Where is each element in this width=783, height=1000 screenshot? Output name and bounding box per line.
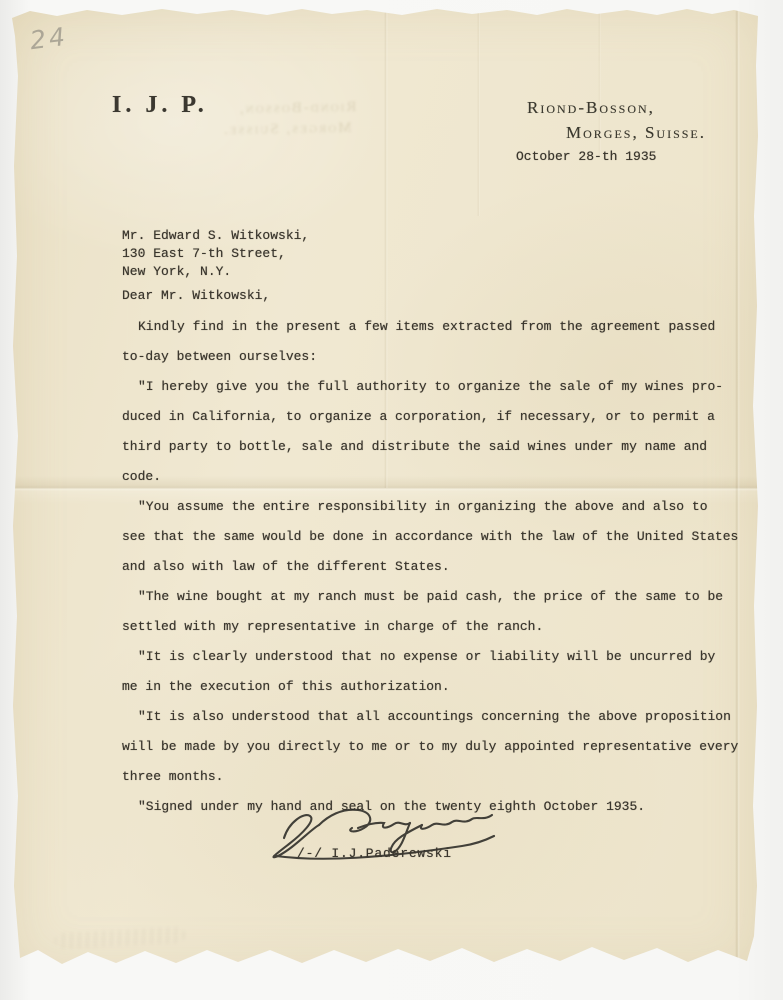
body-line: see that the same would be done in accor… (122, 522, 738, 552)
body-line: three months. (122, 762, 738, 792)
body-line: and also with law of the different State… (122, 552, 738, 582)
body-line: duced in California, to organize a corpo… (122, 402, 738, 432)
body-line: "It is clearly understood that no expens… (122, 642, 738, 672)
letter-date: October 28-th 1935 (516, 149, 656, 164)
scanned-letter-page: { "annotations": { "archive_number": "24… (0, 0, 783, 1000)
letterhead-location-line2: Morges, Suisse. (566, 123, 706, 143)
body-line: "The wine bought at my ranch must be pai… (122, 582, 738, 612)
letter-content: 24 Riond-Bosson, Morges, Suisse. I. J. P… (0, 0, 783, 1000)
ink-bleedthrough-ghost: Morges, Suisse. (222, 120, 352, 139)
recipient-city: New York, N.Y. (122, 263, 309, 281)
body-line: "It is also understood that all accounti… (122, 702, 738, 732)
salutation: Dear Mr. Witkowski, (122, 288, 270, 303)
body-line: settled with my representative in charge… (122, 612, 738, 642)
body-line: me in the execution of this authorizatio… (122, 672, 738, 702)
recipient-name: Mr. Edward S. Witkowski, (122, 227, 309, 245)
pencil-archive-number: 24 (28, 22, 69, 55)
ink-bleedthrough-ghost: Riond-Bosson, (238, 99, 357, 118)
body-line: to-day between ourselves: (122, 342, 738, 372)
recipient-street: 130 East 7-th Street, (122, 245, 309, 263)
body-line: Kindly find in the present a few items e… (122, 312, 738, 342)
body-line: "I hereby give you the full authority to… (122, 372, 738, 402)
body-line: "You assume the entire responsibility in… (122, 492, 738, 522)
body-line: code. (122, 462, 738, 492)
letterhead-monogram: I. J. P. (112, 92, 208, 119)
faint-pencil-smudge (55, 927, 186, 950)
body-line: will be made by you directly to me or to… (122, 732, 738, 762)
body-line: third party to bottle, sale and distribu… (122, 432, 738, 462)
recipient-address-block: Mr. Edward S. Witkowski, 130 East 7-th S… (122, 227, 309, 281)
letterhead-location-line1: Riond-Bosson, (527, 98, 655, 118)
typed-signature-line: /-/ I.J.Paderewski (297, 846, 452, 861)
letter-body: Kindly find in the present a few items e… (122, 312, 738, 822)
